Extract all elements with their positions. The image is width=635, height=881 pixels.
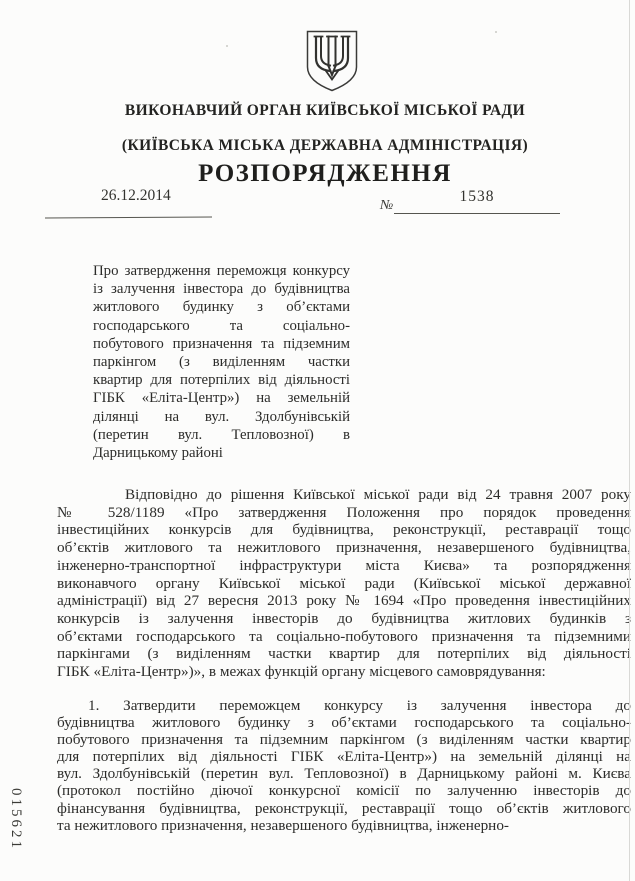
body-line: Відповідно до рішення Київської міської …: [57, 486, 631, 504]
body-line: вул. Здолбунівській (перетин вул. Теплов…: [57, 765, 631, 782]
subject-line: господарського та соціально-: [93, 317, 350, 335]
body-line: будівництва житлового будинку з об’єктам…: [57, 714, 631, 731]
preamble-paragraph: Відповідно до рішення Київської міської …: [57, 486, 631, 681]
org-name-line2: (КИЇВСЬКА МІСЬКА ДЕРЖАВНА АДМІНІСТРАЦІЯ): [40, 137, 610, 155]
registration-stamp-number: 015621: [7, 788, 24, 851]
document-number: 1538: [394, 188, 560, 206]
subject-line: квартир для потерпілих від діяльності: [93, 371, 350, 389]
body-line: для потерпілих від діяльності ГІБК «Еліт…: [57, 748, 631, 765]
body-line: ГІБК «Еліта-Центр»)», в межах функцій ор…: [57, 663, 631, 681]
subject-line: ГІБК «Еліта-Центр») на земельній: [93, 389, 350, 407]
subject-line: із залучення інвестора до будівництва: [93, 280, 350, 298]
scan-speck: [495, 31, 497, 33]
number-sign: №: [380, 198, 393, 214]
scan-speck: [226, 45, 228, 47]
body-line: виконавчого органу Київської міської рад…: [57, 575, 631, 593]
item-1-paragraph: 1. Затвердити переможцем конкурсу із зал…: [57, 697, 631, 834]
subject-line: паркінгом (з виділенням частки: [93, 353, 350, 371]
subject-block: Про затвердження переможця конкурсуіз за…: [93, 262, 350, 462]
date-underline: [45, 216, 212, 218]
subject-line: Про затвердження переможця конкурсу: [93, 262, 350, 280]
scan-edge-line: [629, 0, 630, 881]
body-line: (протокол постійно діючої конкурсної ком…: [57, 782, 631, 799]
body-line: № 528/1189 «Про затвердження Положення п…: [57, 504, 631, 522]
body-line: 1. Затвердити переможцем конкурсу із зал…: [57, 697, 631, 714]
body-line: фінансування будівництва, реконструкції,…: [57, 800, 631, 817]
body-line: інвестиційних конкурсів для будівництва,…: [57, 521, 631, 539]
body-line: об’єктами господарського та соціально-по…: [57, 628, 631, 646]
subject-line: Дарницькому районі: [93, 444, 350, 462]
document-page: ВИКОНАВЧИЙ ОРГАН КИЇВСЬКОЇ МІСЬКОЇ РАДИ …: [0, 0, 635, 881]
org-name-line1: ВИКОНАВЧИЙ ОРГАН КИЇВСЬКОЇ МІСЬКОЇ РАДИ: [40, 102, 610, 120]
subject-line: ділянці на вул. Здолбунівській: [93, 408, 350, 426]
body-line: об’єктів житлового та нежитлового призна…: [57, 539, 631, 557]
number-underline: [394, 213, 560, 214]
ukraine-trident-emblem-icon: [304, 30, 360, 92]
body-line: адміністрації) від 27 вересня 2013 року …: [57, 592, 631, 610]
body-line: паркінгами (з виділенням частки квартир …: [57, 645, 631, 663]
body-line: побутового призначення та підземним парк…: [57, 731, 631, 748]
subject-line: побутового призначення та підземним: [93, 335, 350, 353]
body-line: та нежитлового призначення, незавершеног…: [57, 817, 631, 834]
subject-line: житлового будинку з об’єктами: [93, 298, 350, 316]
subject-line: (перетин вул. Тепловозної) в: [93, 426, 350, 444]
body-line: конкурсів із залучення інвесторів до буд…: [57, 610, 631, 628]
body-line: інженерно-транспортної інфраструктури мі…: [57, 557, 631, 575]
document-date: 26.12.2014: [101, 187, 171, 205]
document-type-title: РОЗПОРЯДЖЕННЯ: [40, 160, 610, 188]
